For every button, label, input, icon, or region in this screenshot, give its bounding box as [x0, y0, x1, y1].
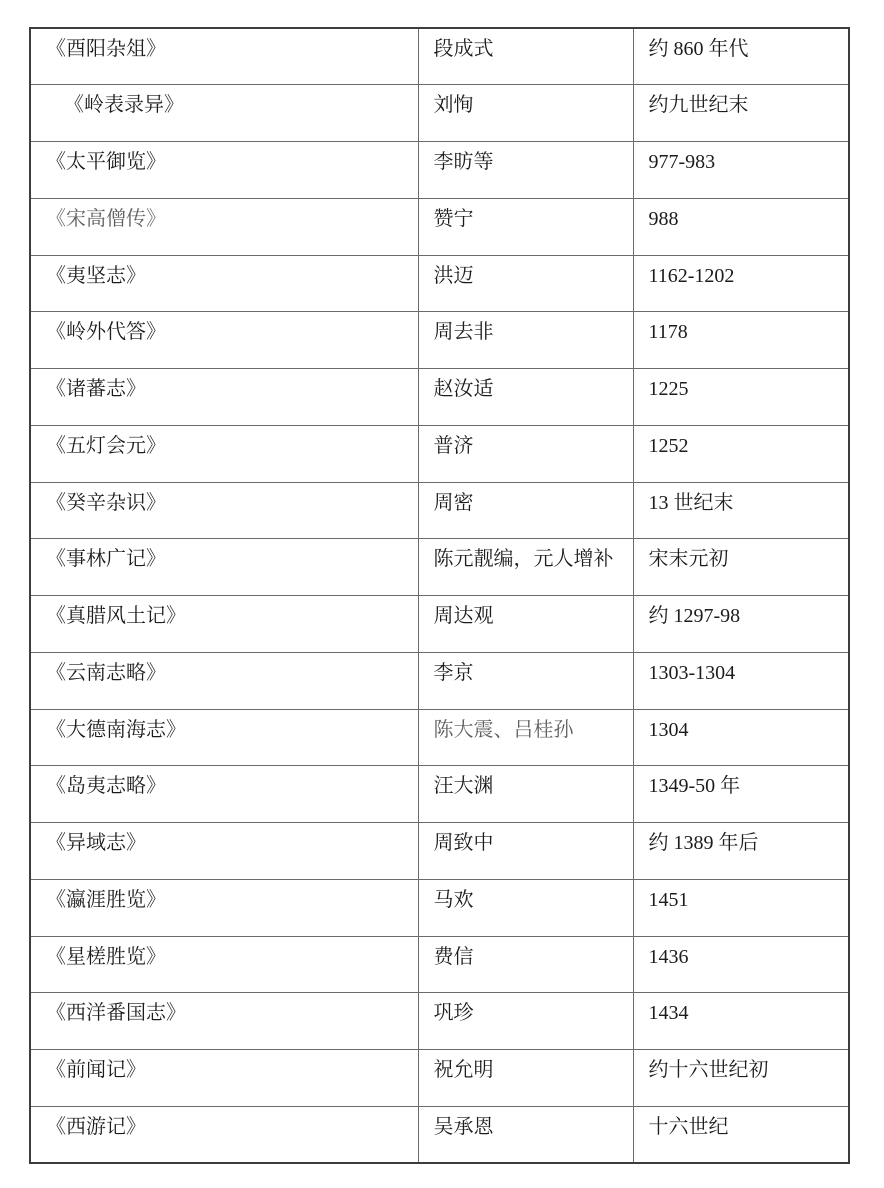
book-title-cell: 《云南志略》: [30, 652, 418, 709]
book-title-cell: 《星槎胜览》: [30, 936, 418, 993]
table-row: 《岭表录异》刘恂约九世纪末: [30, 85, 849, 142]
book-title-cell: 《真腊风土记》: [30, 596, 418, 653]
table-row: 《前闻记》祝允明约十六世纪初: [30, 1050, 849, 1107]
date-cell: 约 860 年代: [633, 28, 849, 85]
table-row: 《异域志》周致中约 1389 年后: [30, 823, 849, 880]
table-row: 《星槎胜览》费信1436: [30, 936, 849, 993]
date-cell: 1304: [633, 709, 849, 766]
date-cell: 988: [633, 198, 849, 255]
date-cell: 1434: [633, 993, 849, 1050]
table-row: 《瀛涯胜览》马欢1451: [30, 879, 849, 936]
date-cell: 1252: [633, 425, 849, 482]
table-row: 《宋高僧传》赞宁988: [30, 198, 849, 255]
author-cell: 李京: [418, 652, 633, 709]
book-title-cell: 《五灯会元》: [30, 425, 418, 482]
author-cell: 陈元靓编，元人增补: [418, 539, 633, 596]
author-cell: 陈大震、吕桂孙: [418, 709, 633, 766]
author-cell: 周达观: [418, 596, 633, 653]
book-title-cell: 《瀛涯胜览》: [30, 879, 418, 936]
table-row: 《事林广记》陈元靓编，元人增补宋末元初: [30, 539, 849, 596]
book-title-cell: 《诸蕃志》: [30, 369, 418, 426]
table-row: 《西洋番国志》巩珍1434: [30, 993, 849, 1050]
date-cell: 13 世纪末: [633, 482, 849, 539]
table-row: 《岛夷志略》汪大渊1349-50 年: [30, 766, 849, 823]
table-row: 《真腊风土记》周达观约 1297-98: [30, 596, 849, 653]
table-row: 《五灯会元》普济1252: [30, 425, 849, 482]
table-row: 《夷坚志》洪迈1162-1202: [30, 255, 849, 312]
book-title-cell: 《太平御览》: [30, 142, 418, 199]
date-cell: 977-983: [633, 142, 849, 199]
book-title-cell: 《异域志》: [30, 823, 418, 880]
book-title-cell: 《岭外代答》: [30, 312, 418, 369]
date-cell: 约 1297-98: [633, 596, 849, 653]
author-cell: 巩珍: [418, 993, 633, 1050]
book-title-cell: 《癸辛杂识》: [30, 482, 418, 539]
table-row: 《癸辛杂识》周密13 世纪末: [30, 482, 849, 539]
date-cell: 1162-1202: [633, 255, 849, 312]
book-title-cell: 《酉阳杂俎》: [30, 28, 418, 85]
book-title-cell: 《岭表录异》: [30, 85, 418, 142]
author-cell: 赞宁: [418, 198, 633, 255]
date-cell: 1225: [633, 369, 849, 426]
book-title-cell: 《夷坚志》: [30, 255, 418, 312]
author-cell: 李昉等: [418, 142, 633, 199]
books-table-body: 《酉阳杂俎》段成式约 860 年代《岭表录异》刘恂约九世纪末《太平御览》李昉等9…: [30, 28, 849, 1163]
date-cell: 约 1389 年后: [633, 823, 849, 880]
author-cell: 普济: [418, 425, 633, 482]
author-cell: 祝允明: [418, 1050, 633, 1107]
author-cell: 洪迈: [418, 255, 633, 312]
author-cell: 汪大渊: [418, 766, 633, 823]
date-cell: 1451: [633, 879, 849, 936]
date-cell: 1178: [633, 312, 849, 369]
author-cell: 赵汝适: [418, 369, 633, 426]
author-cell: 周去非: [418, 312, 633, 369]
book-title-cell: 《西游记》: [30, 1106, 418, 1163]
table-row: 《诸蕃志》赵汝适1225: [30, 369, 849, 426]
table-row: 《云南志略》李京1303-1304: [30, 652, 849, 709]
author-cell: 费信: [418, 936, 633, 993]
book-title-cell: 《宋高僧传》: [30, 198, 418, 255]
author-cell: 周致中: [418, 823, 633, 880]
date-cell: 十六世纪: [633, 1106, 849, 1163]
book-title-cell: 《前闻记》: [30, 1050, 418, 1107]
document-page: 《酉阳杂俎》段成式约 860 年代《岭表录异》刘恂约九世纪末《太平御览》李昉等9…: [0, 0, 884, 1188]
author-cell: 周密: [418, 482, 633, 539]
table-row: 《太平御览》李昉等977-983: [30, 142, 849, 199]
table-row: 《岭外代答》周去非1178: [30, 312, 849, 369]
book-title-cell: 《大德南海志》: [30, 709, 418, 766]
author-cell: 吴承恩: [418, 1106, 633, 1163]
book-title-cell: 《岛夷志略》: [30, 766, 418, 823]
table-row: 《大德南海志》陈大震、吕桂孙1304: [30, 709, 849, 766]
table-row: 《酉阳杂俎》段成式约 860 年代: [30, 28, 849, 85]
date-cell: 约十六世纪初: [633, 1050, 849, 1107]
author-cell: 段成式: [418, 28, 633, 85]
book-title-cell: 《事林广记》: [30, 539, 418, 596]
table-row: 《西游记》吴承恩十六世纪: [30, 1106, 849, 1163]
date-cell: 1303-1304: [633, 652, 849, 709]
date-cell: 1349-50 年: [633, 766, 849, 823]
author-cell: 刘恂: [418, 85, 633, 142]
books-table: 《酉阳杂俎》段成式约 860 年代《岭表录异》刘恂约九世纪末《太平御览》李昉等9…: [29, 27, 850, 1164]
author-cell: 马欢: [418, 879, 633, 936]
date-cell: 宋末元初: [633, 539, 849, 596]
book-title-cell: 《西洋番国志》: [30, 993, 418, 1050]
date-cell: 约九世纪末: [633, 85, 849, 142]
date-cell: 1436: [633, 936, 849, 993]
